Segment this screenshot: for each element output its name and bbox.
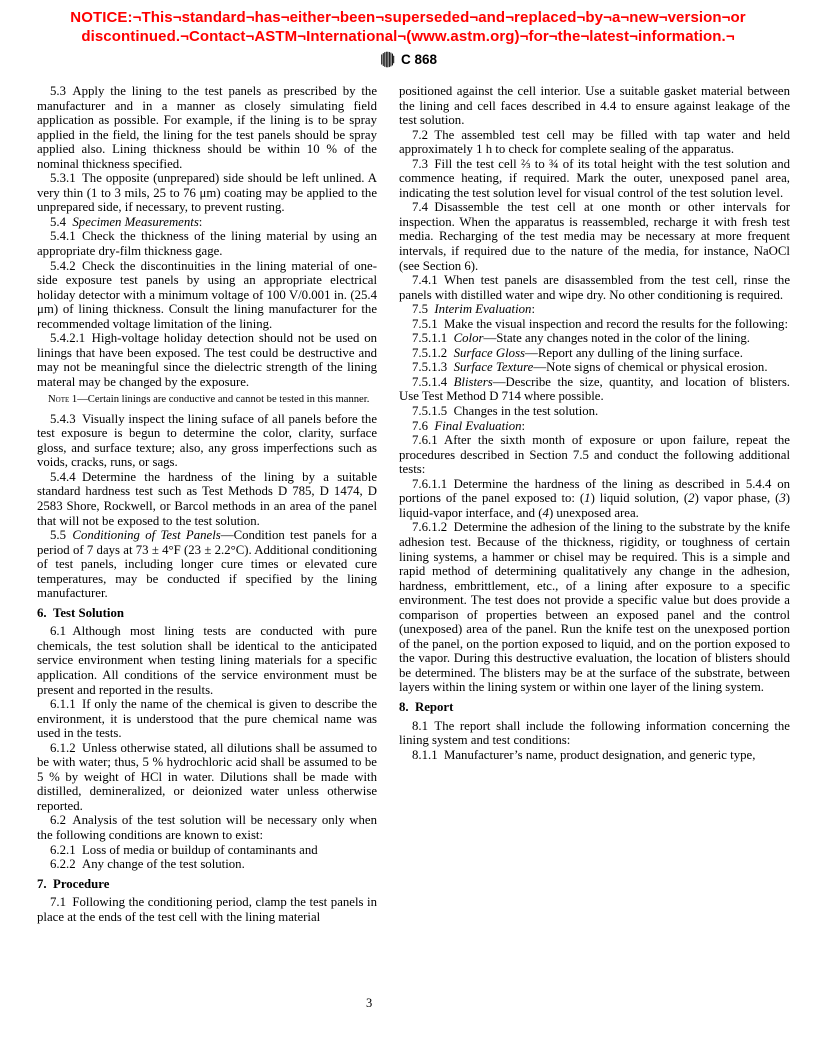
left-column: 5.3 Apply the lining to the test panels …	[37, 84, 377, 924]
paragraph: 7.5.1.4 Blisters—Describe the size, quan…	[399, 375, 790, 404]
paragraph: 7.1 Following the conditioning period, c…	[37, 895, 377, 924]
paragraph: 5.4.2.1 High-voltage holiday detection s…	[37, 331, 377, 389]
paragraph: 5.4.2 Check the discontinuities in the l…	[37, 259, 377, 332]
paragraph: 7.6.1.1 Determine the hardness of the li…	[399, 477, 790, 521]
paragraph: 6.1.2 Unless otherwise stated, all dilut…	[37, 741, 377, 814]
paragraph: 6.1 Although most lining tests are condu…	[37, 624, 377, 697]
paragraph: 7.5 Interim Evaluation:	[399, 302, 790, 317]
paragraph: 5.4.1 Check the thickness of the lining …	[37, 229, 377, 258]
paragraph: 5.3.1 The opposite (unprepared) side sho…	[37, 171, 377, 215]
document-page: NOTICE:¬This¬standard¬has¬either¬been¬su…	[0, 0, 816, 1056]
paragraph: 7.5.1.2 Surface Gloss—Report any dulling…	[399, 346, 790, 361]
notice-line-2: discontinued.¬Contact¬ASTM¬International…	[0, 27, 816, 46]
paragraph: 7.5.1.1 Color—State any changes noted in…	[399, 331, 790, 346]
designation-code: C 868	[401, 52, 437, 67]
notice-line-1: NOTICE:¬This¬standard¬has¬either¬been¬su…	[0, 8, 816, 27]
paragraph: 6.1.1 If only the name of the chemical i…	[37, 697, 377, 741]
paragraph: 8.1.1 Manufacturer’s name, product desig…	[399, 748, 790, 763]
body-columns: 5.3 Apply the lining to the test panels …	[37, 84, 790, 924]
paragraph: 5.5 Conditioning of Test Panels—Conditio…	[37, 528, 377, 601]
standard-designation-row: C 868	[0, 51, 816, 68]
paragraph: 8.1 The report shall include the followi…	[399, 719, 790, 748]
paragraph: 7.5.1.5 Changes in the test solution.	[399, 404, 790, 419]
footnote: Note 1—Certain linings are conductive an…	[37, 394, 377, 406]
paragraph: 7.4.1 When test panels are disassembled …	[399, 273, 790, 302]
section-heading: 6. Test Solution	[37, 606, 377, 621]
paragraph: 6.2 Analysis of the test solution will b…	[37, 813, 377, 842]
paragraph: 7.6.1 After the sixth month of exposure …	[399, 433, 790, 477]
paragraph: positioned against the cell interior. Us…	[399, 84, 790, 128]
section-heading: 7. Procedure	[37, 877, 377, 892]
paragraph: 5.3 Apply the lining to the test panels …	[37, 84, 377, 171]
paragraph: 5.4.3 Visually inspect the lining suface…	[37, 412, 377, 470]
supersession-notice: NOTICE:¬This¬standard¬has¬either¬been¬su…	[0, 8, 816, 46]
paragraph: 5.4.4 Determine the hardness of the lini…	[37, 470, 377, 528]
paragraph: 7.2 The assembled test cell may be fille…	[399, 128, 790, 157]
right-column: positioned against the cell interior. Us…	[399, 84, 790, 924]
paragraph: 6.2.1 Loss of media or buildup of contam…	[37, 843, 377, 858]
paragraph: 7.4 Disassemble the test cell at one mon…	[399, 200, 790, 273]
section-heading: 8. Report	[399, 700, 790, 715]
paragraph: 7.5.1 Make the visual inspection and rec…	[399, 317, 790, 332]
paragraph: 5.4 Specimen Measurements:	[37, 215, 377, 230]
paragraph: 7.6.1.2 Determine the adhesion of the li…	[399, 520, 790, 695]
page-number: 3	[366, 996, 372, 1011]
paragraph: 7.6 Final Evaluation:	[399, 419, 790, 434]
paragraph: 7.5.1.3 Surface Texture—Note signs of ch…	[399, 360, 790, 375]
paragraph: 6.2.2 Any change of the test solution.	[37, 857, 377, 872]
paragraph: 7.3 Fill the test cell ⅔ to ¾ of its tot…	[399, 157, 790, 201]
astm-seal-icon	[379, 51, 396, 68]
